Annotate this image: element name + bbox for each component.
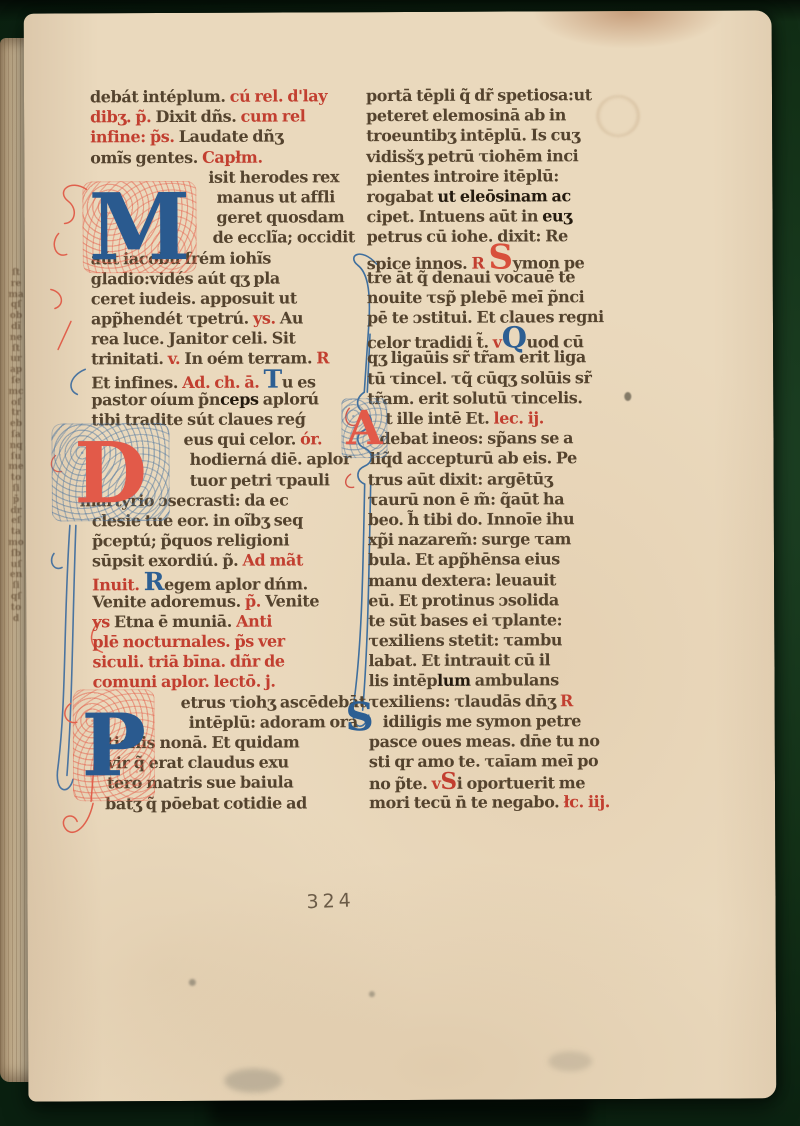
text-line: siculi. triā bīna. dñr de	[92, 651, 366, 672]
text-line: dibʒ. p̃. Dixit dñs. cum rel	[90, 106, 364, 127]
illuminated-initial-S: S	[345, 694, 375, 740]
text-line: spice innos. R Symon pe	[367, 246, 663, 267]
text-line: no p̃te. vSi oportuerit me	[369, 771, 665, 792]
text-line: rogabat ut eleōsinam ac	[366, 186, 662, 207]
text-line: isit herodes rex	[208, 167, 364, 188]
text-line: mori tecū n̄ te negabo. łc. iij.	[369, 791, 665, 812]
text-line: idiligis me symon petre	[383, 711, 665, 732]
text-line: eū. Et protinus ɔsolida	[368, 590, 664, 611]
stain	[548, 1051, 592, 1071]
text-line: t ille intē Et. lec. ij.	[385, 408, 663, 429]
text-line: pasce oues meas. dn̄e tu no	[369, 731, 665, 752]
text-line: liq̃d accepturū ab eis. Pe	[370, 448, 664, 469]
text-line: Et infines. Ad. ch. ā. Tu es	[91, 369, 365, 390]
text-line: petrus cū iohe. dixit: Re	[367, 226, 663, 247]
text-line: xp̃i nazarem̃: surge τam	[368, 529, 664, 550]
text-line: app̃hendét τpetrú. ys. Au	[91, 308, 365, 329]
text-line: Inuit. Regem aplor dńm.	[92, 571, 366, 592]
text-line: celor tradidi t̃. vQuod cū	[367, 327, 663, 348]
photograph-of-manuscript: ſtremaqſobdĩneſturapſemcoſtrebſanqſumeto…	[0, 0, 800, 1126]
manuscript-page: debát intéplum. cú rel. d'laydibʒ. p̃. D…	[24, 10, 777, 1101]
illuminated-initial-M: M	[82, 181, 196, 273]
text-column-right: portā tēpli q̃ dr̃ spetiosa:utpeteret el…	[366, 85, 665, 813]
text-line: p̃ceptú; p̃quos religioni	[92, 530, 366, 551]
text-line: τexiliens: τlaudās dn̄ʒ R	[369, 690, 665, 711]
stain	[224, 1069, 282, 1093]
text-line: plē nocturnales. p̃s ver	[92, 631, 366, 652]
text-line: qʒ ligaūis sr̃ tr̃am erit liga	[367, 347, 663, 368]
folio-number: 324	[306, 889, 355, 913]
text-line: tr̃am. erit solutū τincelis.	[367, 388, 663, 409]
illuminated-initial-A: A	[341, 398, 387, 458]
text-line: intēplū: adoram ora	[189, 712, 367, 733]
text-line: labat. Et intrauit cū il	[368, 650, 664, 671]
stain	[369, 991, 375, 997]
text-line: Venite adoremus. p̃. Venite	[92, 591, 366, 612]
text-line: nouite τsp̃ plebē meī p̃nci	[367, 287, 663, 308]
text-line: lis intēplum ambulans	[369, 670, 665, 691]
text-line: sūpsit exordiú. p̃. Ad mãt	[92, 550, 366, 571]
initial-letter: A	[346, 401, 383, 456]
text-line: troeuntibʒ intēplū. Is cuʒ	[366, 125, 662, 146]
initial-letter: S	[346, 694, 374, 740]
text-line: tre āt q̃ denaui vocauē te	[367, 267, 663, 288]
illuminated-initial-D: D	[51, 423, 169, 522]
text-line: pientes introire itēplū:	[366, 166, 662, 187]
text-line: sti qr amo te. τaīam meī po	[369, 751, 665, 772]
text-line: portā tēpli q̃ dr̃ spetiosa:ut	[366, 85, 662, 106]
text-line: debat ineos: sp̃ans se a	[379, 428, 663, 449]
text-line: pastor oíum p̃nceps aplorú	[91, 389, 365, 410]
text-line: τaurū non ē m̃: q̃aūt ha	[368, 489, 664, 510]
text-line: etrus τiohʒ ascēdebāt	[181, 692, 367, 713]
text-line: tū τincel. τq̃ cūqʒ solūis sr̃	[367, 367, 663, 388]
text-line: beo. h̃ tibi do. Innoīe ihu	[368, 509, 664, 530]
text-line: vidisšʒ petrū τiohēm inci	[366, 145, 662, 166]
text-line: ys Etna ē muniā. Anti	[92, 611, 366, 632]
initial-letter: D	[74, 423, 147, 522]
text-line: de ecclĩa; occidit	[213, 227, 365, 248]
text-line: debát intéplum. cú rel. d'lay	[90, 86, 364, 107]
stain	[189, 979, 196, 986]
text-line: manus ut affli	[216, 187, 364, 208]
text-line: ceret iudeis. apposuit ut	[91, 288, 365, 309]
text-line: bula. Et app̃hēnsa eius	[368, 549, 664, 570]
illuminated-initial-P: P	[73, 689, 155, 801]
text-line: cipet. Intuens aūt in euʒ	[366, 206, 662, 227]
initial-letter: P	[81, 695, 146, 796]
text-line: geret quosdam	[216, 207, 364, 228]
text-line: trinitati. v. In oém terram. R	[91, 349, 365, 370]
text-line: eus qui celor. ór.	[183, 429, 365, 450]
text-line: trus aūt dixit: argētūʒ	[368, 468, 664, 489]
initial-letter: M	[88, 173, 190, 281]
text-line: rea luce. Janitor celi. Sit	[91, 328, 365, 349]
text-line: tuor petri τpauli	[190, 470, 366, 491]
text-line: infine: p̃s. Laudate dñʒ	[90, 127, 364, 148]
text-line: hodierná diē. aplor	[190, 450, 366, 471]
text-line: manu dextera: leuauit	[368, 569, 664, 590]
text-line: omĩs gentes. Capłm.	[90, 147, 364, 168]
text-line: τexiliens stetit: τambu	[368, 630, 664, 651]
text-line: peteret elemosinā ab in	[366, 105, 662, 126]
text-line: te sūt bases ei τplante:	[368, 610, 664, 631]
stain-top-edge	[522, 11, 737, 60]
